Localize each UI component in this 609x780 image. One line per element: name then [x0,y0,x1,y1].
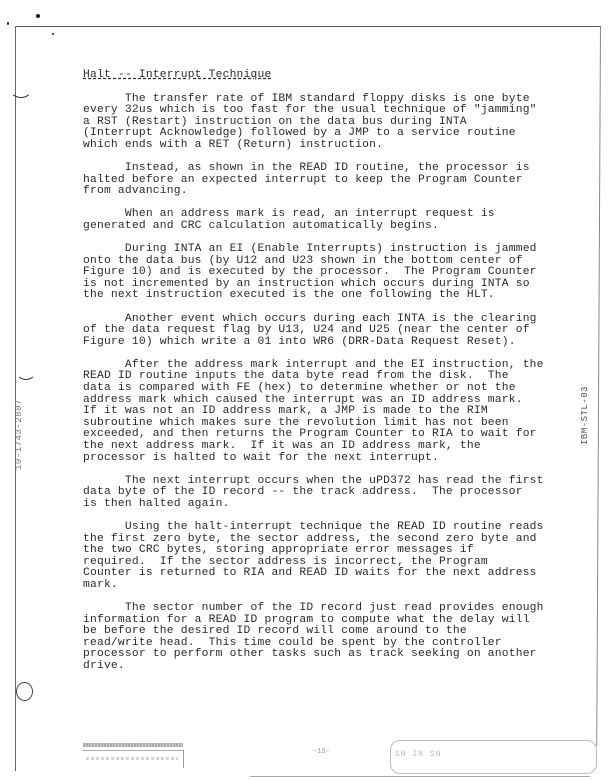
paragraph-6: After the address mark interrupt and the… [83,360,563,464]
left-margin-label: 10-1743-2807 [14,399,24,470]
footer-stamp-bar [83,743,183,747]
document-body: Halt -- Interrupt Technique The transfer… [83,70,563,684]
paragraph-2: Instead, as shown in the READ ID routine… [83,163,563,198]
speck-mark [52,33,54,35]
punch-hole-bottom [16,682,33,701]
footer-stamp-right-text: SN IN SN [395,750,441,759]
page-frame-top [16,26,600,27]
paragraph-5: Another event which occurs during each I… [83,314,563,349]
right-margin-label: IBM-STL-03 [580,386,590,445]
page-frame-right [596,26,601,746]
bottom-rule [250,776,590,777]
paragraph-3: When an address mark is read, an interru… [83,209,563,232]
footer-stamp-text [86,757,178,760]
punch-hole-top [10,80,32,98]
speck-mark [36,14,40,18]
section-heading: Halt -- Interrupt Technique [83,70,271,82]
paragraph-1: The transfer rate of IBM standard floppy… [83,94,563,152]
paragraph-4: During INTA an EI (Enable Interrupts) in… [83,244,563,302]
speck-mark [7,22,9,25]
paragraph-9: The sector number of the ID record just … [83,603,563,673]
paragraph-8: Using the halt-interrupt technique the R… [83,522,563,592]
page-number: -15- [313,748,330,756]
paragraph-7: The next interrupt occurs when the uPD37… [83,476,563,511]
punch-hole-middle [16,362,36,380]
